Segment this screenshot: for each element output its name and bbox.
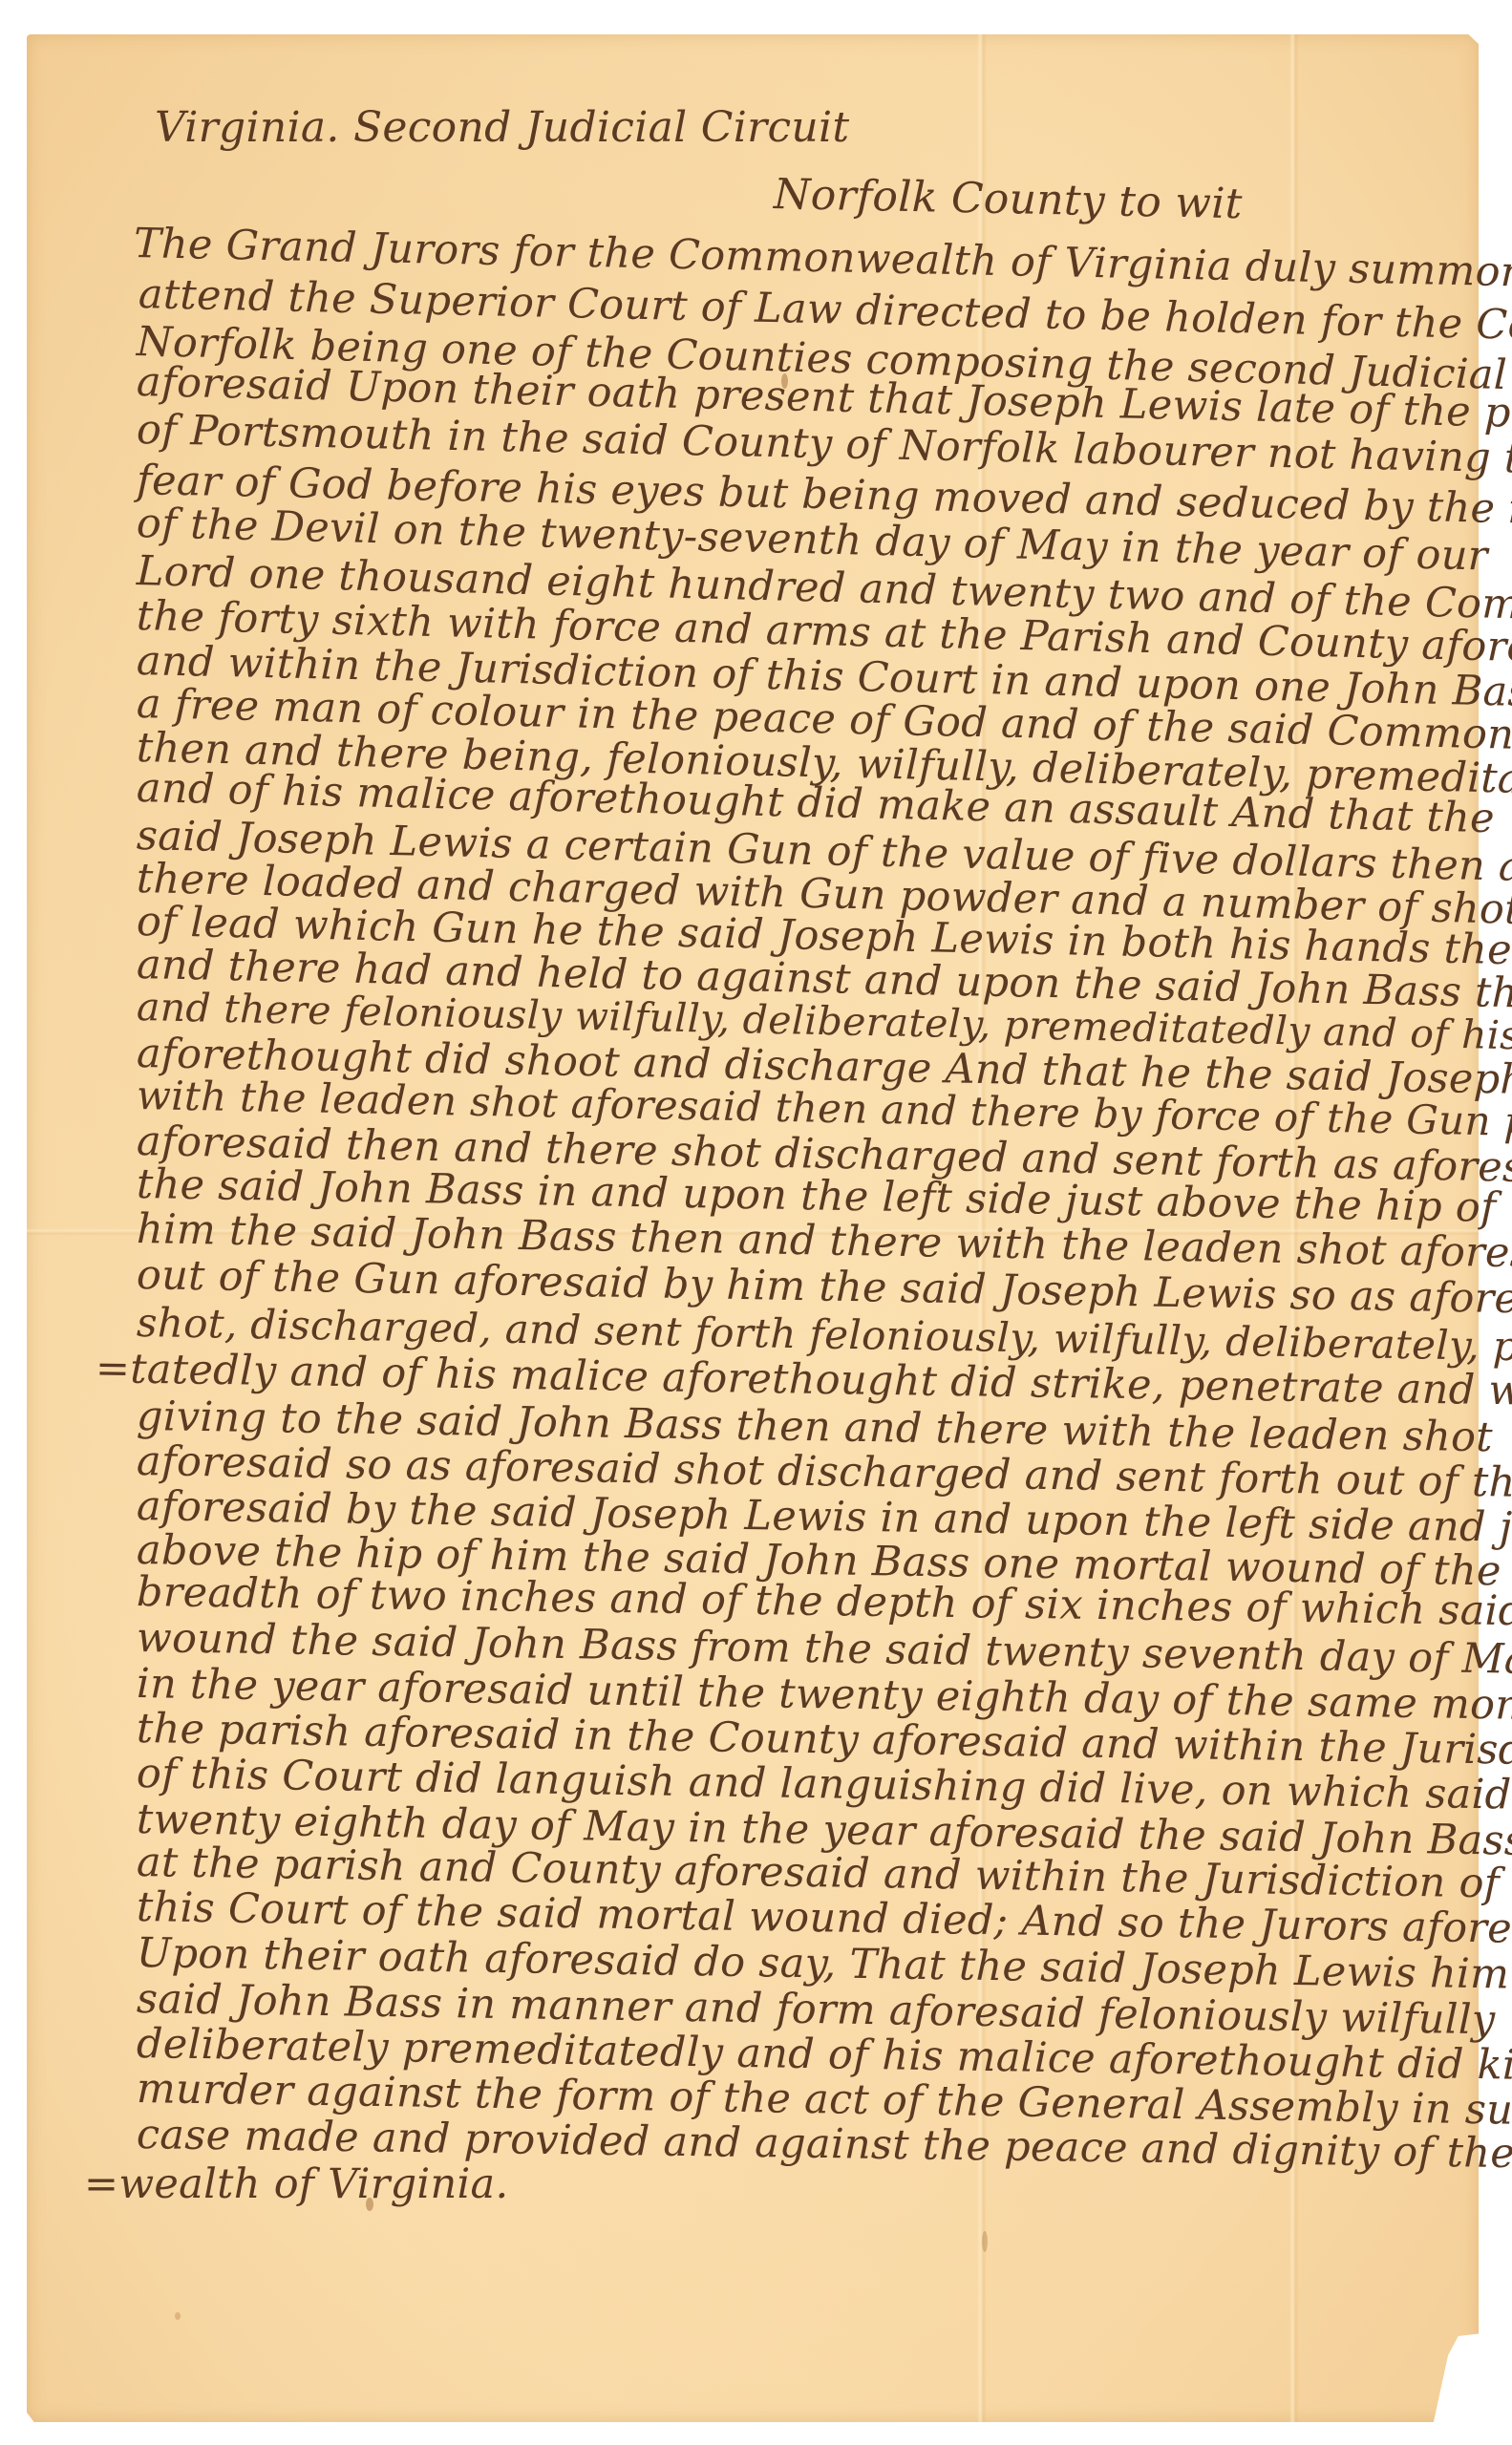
county-line: Norfolk County to wit bbox=[773, 170, 1243, 228]
text-line-44: =wealth of Virginia. bbox=[84, 2160, 508, 2208]
document-heading: Virginia. Second Judicial Circuit bbox=[155, 103, 849, 152]
paper-stain bbox=[175, 2312, 181, 2320]
paper-stain bbox=[982, 2231, 988, 2252]
